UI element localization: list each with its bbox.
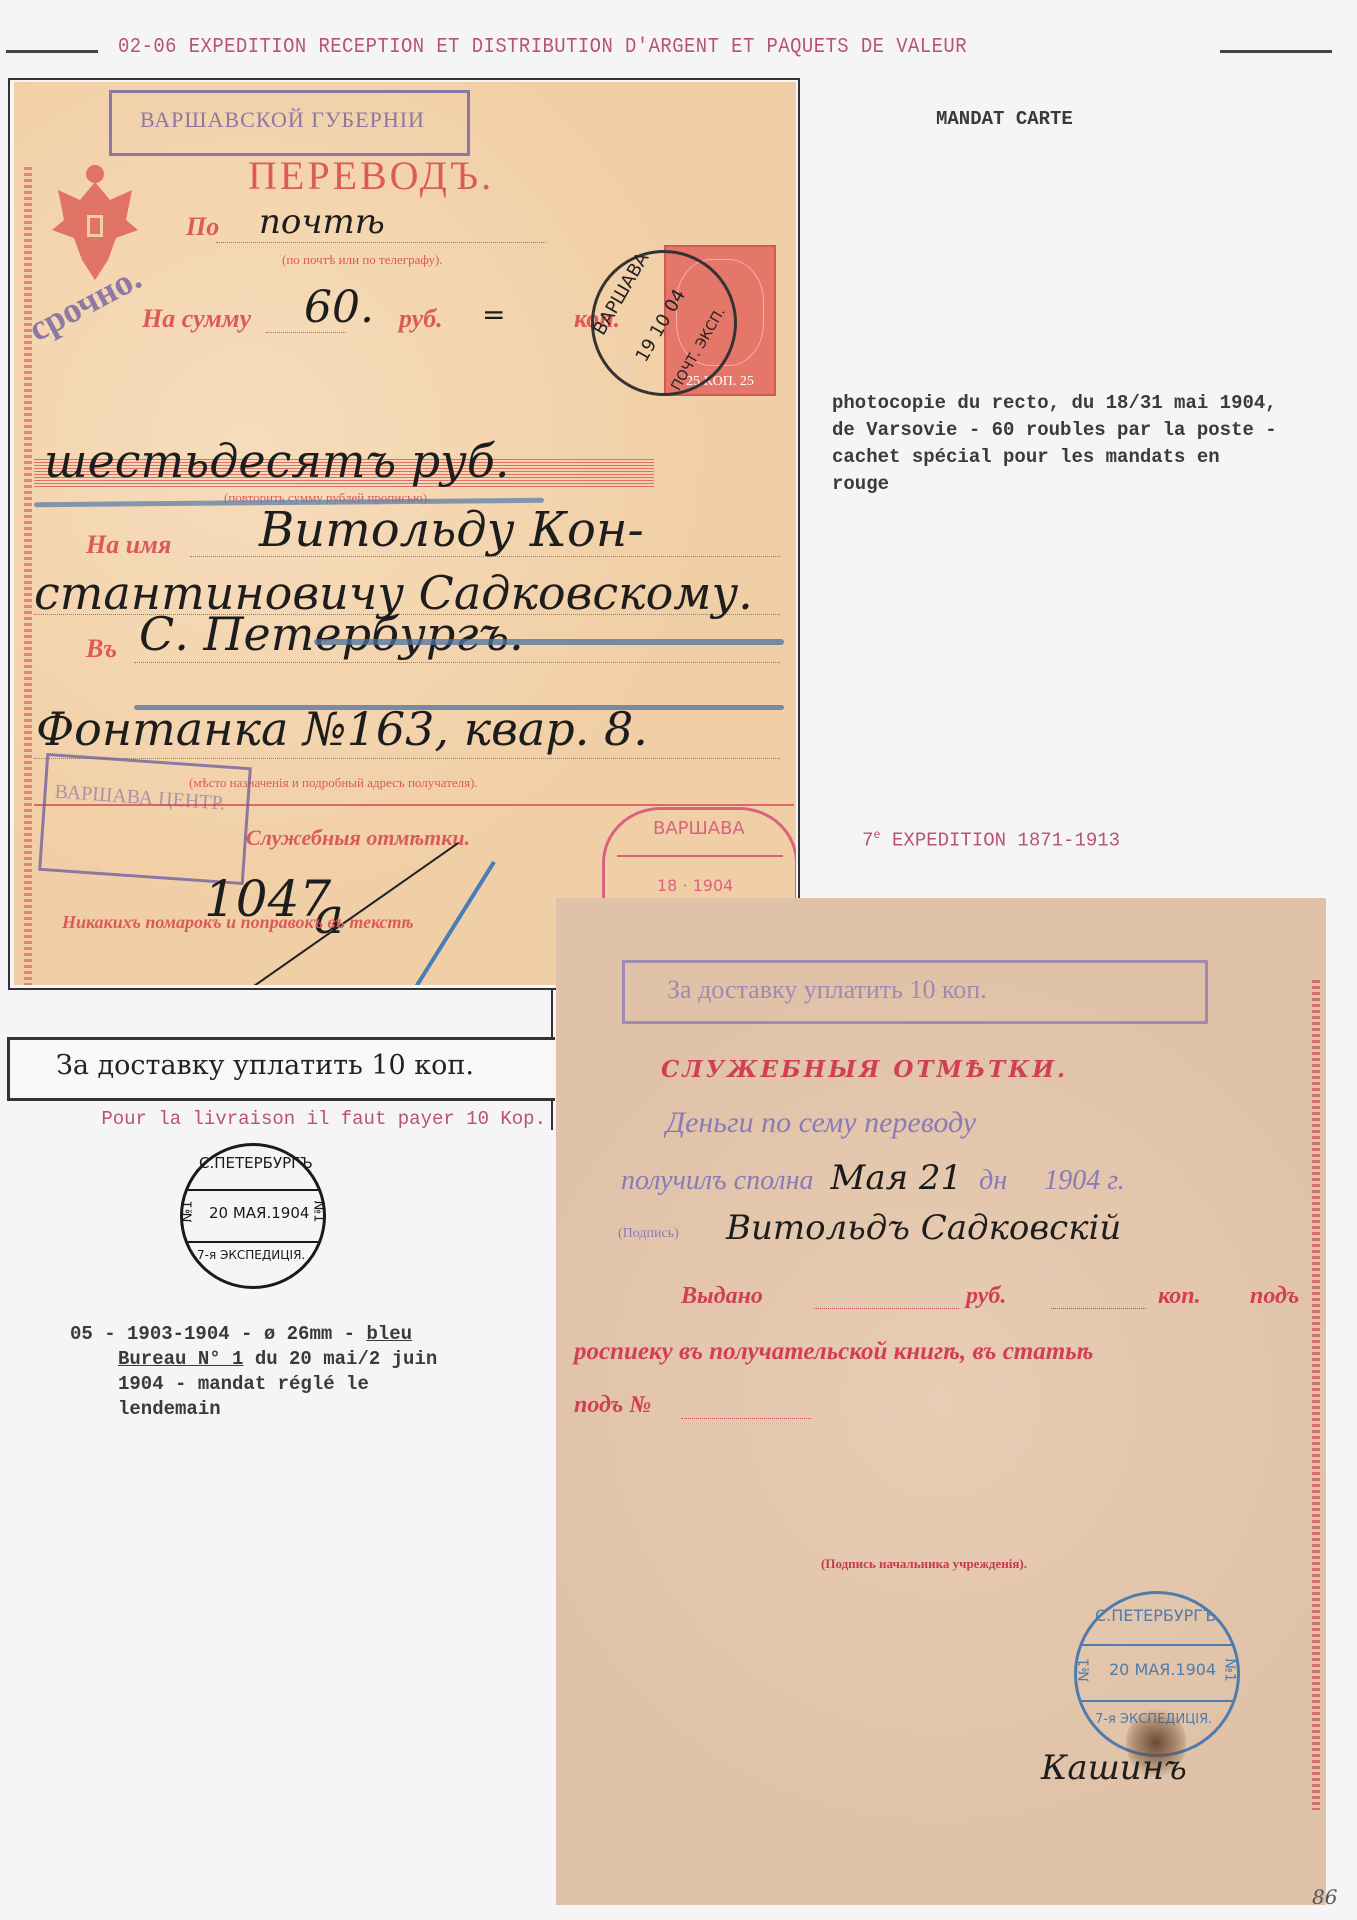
violet-received-line-1: Деньги по сему переводу — [666, 1106, 976, 1140]
violet-box-stamp-bottom: ВАРШАВА ЦЕНТР. — [38, 753, 252, 885]
delivery-fee-translation: Pour la livraison il faut payer 10 Kop. — [26, 1107, 546, 1131]
dotline-city — [134, 662, 780, 663]
blue-pencil-stroke-2 — [314, 639, 784, 645]
field-value-po: почтѣ — [259, 202, 385, 242]
ornamental-border — [1312, 980, 1320, 1810]
dotline-issued — [814, 1308, 959, 1309]
pod-no-label: подъ № — [574, 1392, 651, 1419]
official-signature: Кашинъ — [1041, 1748, 1187, 1788]
field-value-kop: = — [482, 298, 505, 331]
note-line-4: lendemain — [70, 1397, 437, 1422]
field-label-name: На имя — [86, 530, 171, 560]
section-title: MANDAT CARTE — [936, 108, 1073, 130]
frame-top — [8, 78, 800, 80]
note-line-2: Bureau N° 1 du 20 mai/2 juin — [70, 1347, 437, 1372]
dotline-po — [216, 242, 546, 243]
frame-right — [798, 78, 800, 898]
field-hint-po: (по почтѣ или по телеграфу). — [282, 252, 443, 268]
field-value-sum: 60. — [304, 282, 374, 333]
page-title: 02-06 EXPEDITION RECEPTION ET DISTRIBUTI… — [118, 36, 967, 59]
footer-note: Никакихъ помарокъ и поправокъ въ текстѣ — [62, 912, 414, 933]
expedition-label: 7e EXPEDITION 1871-1913 — [862, 828, 1120, 851]
field-label-rub: руб. — [399, 304, 443, 334]
field-value-city: С. Петербургъ. — [139, 607, 524, 661]
money-order-card-front: ВАРШАВСКОЙ ГУБЕРНІИ ПЕРЕВОДЪ. срочно. По… — [14, 82, 796, 985]
service-marks-label: Служебныя отмѣтки. — [246, 825, 470, 851]
postmark-note: 05 - 1903-1904 - ø 26mm - bleu Bureau N°… — [70, 1322, 437, 1422]
field-label-city: Въ — [86, 634, 117, 664]
field-label-po: По — [186, 212, 219, 242]
ornamental-border — [24, 167, 32, 985]
page-number: 86 — [1312, 1885, 1337, 1909]
black-petersburg-postmark: С.ПЕТЕРБУРГЪ 20 МАЯ.1904 №1 №1 7-я ЭКСПЕ… — [180, 1143, 326, 1289]
chief-signature-hint: (Подпись начальника учрежденія). — [821, 1556, 1027, 1572]
money-order-card-back: За доставку уплатить 10 коп. СЛУЖЕБНЫЯ О… — [556, 898, 1326, 1905]
issued-rub-label: руб. — [966, 1283, 1006, 1310]
note-line-1: 05 - 1903-1904 - ø 26mm - bleu — [70, 1322, 437, 1347]
violet-received-line-2: получилъ сполна Мая 21 дн 1904 г. — [621, 1158, 1125, 1198]
receipt-line: роспиеку въ получательской книгѣ, въ ста… — [574, 1338, 1093, 1366]
card-title: ПЕРЕВОДЪ. — [248, 152, 494, 199]
dotline-kop — [1051, 1308, 1146, 1309]
field-label-sum: На сумму — [142, 304, 251, 334]
issued-kop-label: коп. — [1158, 1283, 1201, 1310]
card-description: photocopie du recto, du 18/31 mai 1904, … — [832, 390, 1282, 498]
service-marks-title: СЛУЖЕБНЫЯ ОТМѢТКИ. — [661, 1056, 1068, 1083]
header-rule-right — [1220, 50, 1332, 53]
signature-label: (Подпись) — [618, 1226, 679, 1242]
field-value-name-1: Витольду Кон- — [259, 502, 644, 558]
frame-left — [8, 78, 10, 990]
field-value-address: Фонтанка №163, квар. 8. — [36, 702, 648, 756]
issued-pod-label: подъ — [1250, 1283, 1299, 1310]
violet-box-stamp-top: ВАРШАВСКОЙ ГУБЕРНІИ — [109, 90, 470, 156]
delivery-fee-box: За доставку уплатить 10 коп. — [7, 1037, 555, 1101]
dotline-address — [34, 758, 780, 759]
recipient-signature: Витольдъ Садковскій — [726, 1208, 1121, 1248]
blue-stroke — [402, 861, 495, 985]
dotline-pod-no — [681, 1418, 811, 1419]
sum-words-value: шестьдесятъ руб. — [44, 434, 510, 488]
frame-mid — [8, 988, 556, 990]
violet-delivery-fee-stamp: За доставку уплатить 10 коп. — [622, 960, 1208, 1024]
header-rule-left — [6, 50, 98, 53]
note-line-3: 1904 - mandat réglé le — [70, 1372, 437, 1397]
issued-label: Выдано — [681, 1283, 763, 1310]
